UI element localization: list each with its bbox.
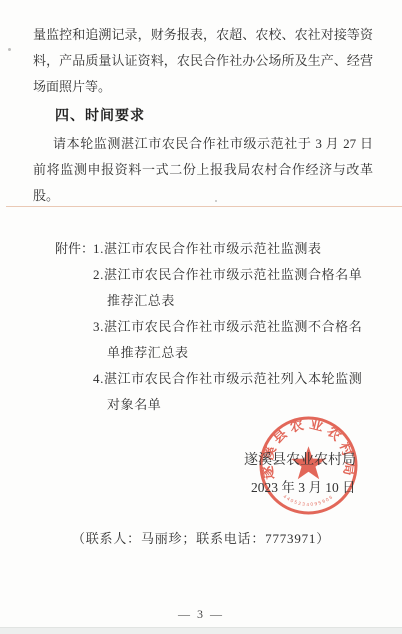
body-line: 量监控和追溯记录，财务报表，农超、农校、农社对接等资	[33, 22, 373, 48]
page-number: — 3 —	[0, 607, 402, 622]
body-line: 请本轮监测湛江市农民合作社市级示范社于 3 月 27 日	[33, 131, 373, 157]
signature-date: 2023 年 3 月 10 日	[251, 478, 356, 498]
body-line: 料，产品质量认证资料，农民合作社办公场所及生产、经营	[33, 48, 373, 74]
body-line: 场面照片等。	[33, 74, 373, 100]
section-heading: 四、时间要求	[55, 103, 145, 127]
document-page: 量监控和追溯记录，财务报表，农超、农校、农社对接等资 料，产品质量认证资料，农民…	[0, 0, 402, 634]
attachment-label: 附件：	[55, 236, 94, 262]
body-line: 前将监测申报资料一式二份上报我局农村合作经济与改革	[33, 157, 373, 183]
signature-agency: 遂溪县农业农村局	[244, 451, 356, 471]
scan-speck	[215, 200, 217, 202]
body-paragraph-top: 量监控和追溯记录，财务报表，农超、农校、农社对接等资 料，产品质量认证资料，农民…	[33, 22, 373, 100]
attachment-item-line: 4.湛江市农民合作社市级示范社列入本轮监测	[93, 366, 387, 392]
body-paragraph-section: 请本轮监测湛江市农民合作社市级示范社于 3 月 27 日 前将监测申报资料一式二…	[33, 131, 373, 209]
scan-speck	[8, 48, 11, 51]
attachment-item-line: 2.湛江市农民合作社市级示范社监测合格名单	[93, 262, 387, 288]
attachment-item-line: 单推荐汇总表	[107, 340, 387, 366]
attachment-item-line: 3.湛江市农民合作社市级示范社监测不合格名	[93, 314, 387, 340]
attachment-item-line: 1.湛江市农民合作社市级示范社监测表	[93, 236, 387, 262]
fold-line-divider	[6, 206, 402, 207]
contact-line: （联系人：马丽珍；联系电话：7773971）	[0, 528, 402, 547]
scan-edge-strip	[0, 627, 402, 634]
attachment-item-line: 推荐汇总表	[107, 288, 387, 314]
attachment-list: 附件： 1.湛江市农民合作社市级示范社监测表 2.湛江市农民合作社市级示范社监测…	[55, 236, 387, 418]
